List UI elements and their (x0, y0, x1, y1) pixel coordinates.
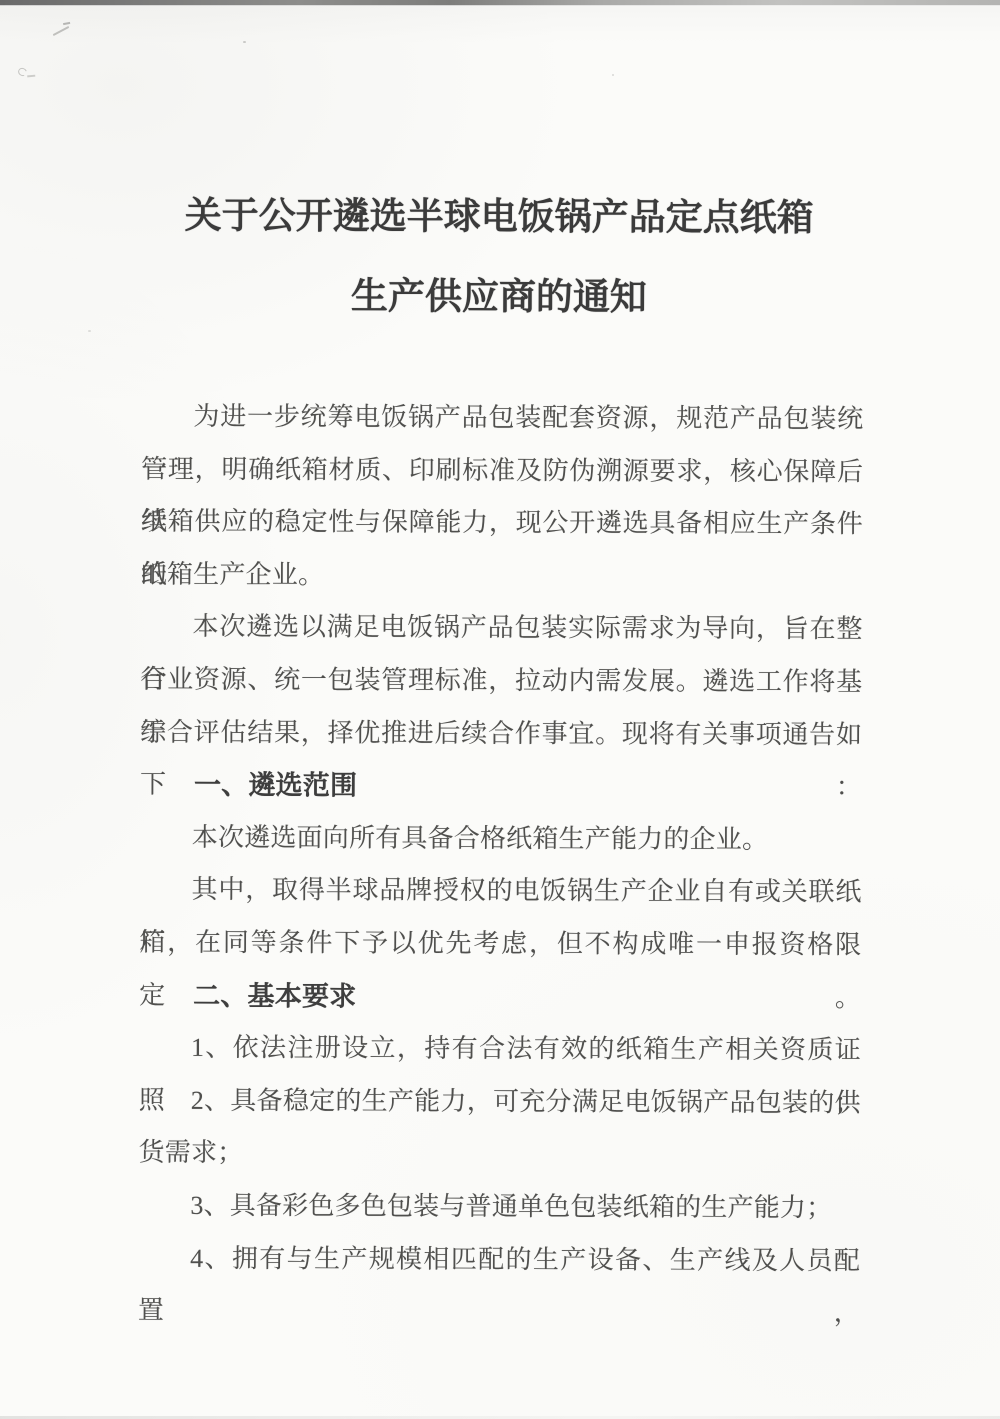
document-title-line2: 生产供应商的通知 (0, 256, 999, 340)
document-line: 综合评估结果，择优推进后续合作事宜。现将有关事项通告如下： (140, 706, 862, 761)
document-line: 2、具备稳定的生产能力，可充分满足电饭锅产品包装的供 (139, 1074, 861, 1129)
document-line: 4、拥有与生产规模相匹配的生产设备、生产线及人员配置， (138, 1232, 860, 1287)
document-line: 本次遴选面向所有具备合格纸箱生产能力的企业。 (140, 811, 862, 866)
document-line: 本次遴选以满足电饭锅产品包装实际需求为导向，旨在整合 (140, 601, 862, 656)
document-line: 纸箱供应的稳定性与保障能力，现公开遴选具备相应生产条件的 (141, 496, 863, 551)
document-line: 管理，明确纸箱材质、印刷标准及防伪溯源要求，核心保障后续 (141, 443, 863, 498)
document-title-line1: 关于公开遴选半球电饭锅产品定点纸箱 (0, 176, 999, 260)
document-line: 3、具备彩色多色包装与普通单色包装纸箱的生产能力； (138, 1180, 860, 1235)
document-content: 关于公开遴选半球电饭锅产品定点纸箱 生产供应商的通知 为进一步统筹电饭锅产品包装… (0, 0, 1000, 1419)
document-body: 为进一步统筹电饭锅产品包装配套资源，规范产品包装统一管理，明确纸箱材质、印刷标准… (138, 391, 863, 1288)
document-line: 其中，取得半球品牌授权的电饭锅生产企业自有或关联纸箱 (139, 864, 861, 919)
document-line: 厂，在同等条件下予以优先考虑，但不构成唯一申报资格限定。 (139, 917, 861, 972)
document-line: 为进一步统筹电饭锅产品包装配套资源，规范产品包装统一 (141, 391, 863, 446)
document-title: 关于公开遴选半球电饭锅产品定点纸箱 生产供应商的通知 (0, 176, 999, 340)
document-line: 1、依法注册设立，持有合法有效的纸箱生产相关资质证照； (139, 1022, 861, 1077)
scanned-document-page: 关于公开遴选半球电饭锅产品定点纸箱 生产供应商的通知 为进一步统筹电饭锅产品包装… (0, 0, 1000, 1419)
document-line: 纸箱生产企业。 (141, 548, 863, 603)
document-line: 货需求； (138, 1127, 860, 1182)
document-line: 行业资源、统一包装管理标准，拉动内需发展。遴选工作将基于 (140, 654, 862, 709)
